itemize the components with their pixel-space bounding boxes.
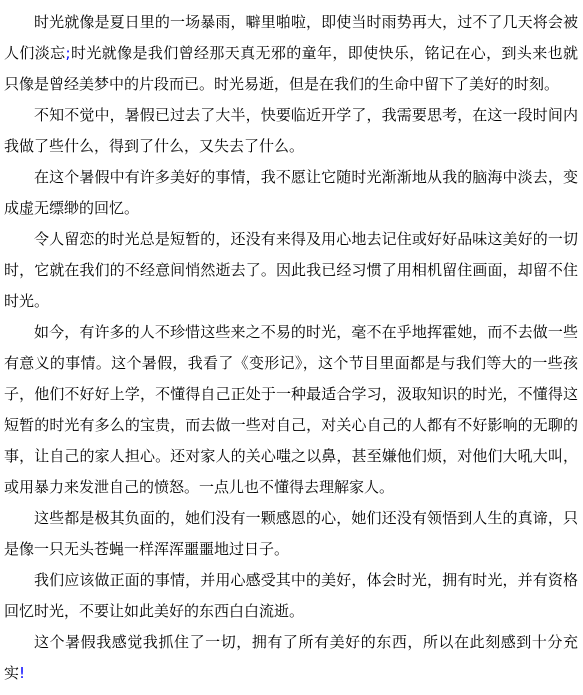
- text-run: 如今，有许多的人不珍惜这些来之不易的时光，毫不在乎地挥霍她，而不去做一些有意义的…: [4, 323, 578, 496]
- text-run: 在这个暑假中有许多美好的事情，我不愿让它随时光渐渐地从我的脑海中淡去，变成虚无缥…: [4, 168, 578, 217]
- paragraph: 如今，有许多的人不珍惜这些来之不易的时光，毫不在乎地挥霍她，而不去做一些有意义的…: [4, 317, 578, 503]
- paragraph: 不知不觉中，暑假已过去了大半，快要临近开学了，我需要思考，在这一段时间内我做了些…: [4, 100, 578, 162]
- text-run: 令人留恋的时光总是短暂的，还没有来得及用心地去记住或好好品味这美好的一切时，它就…: [4, 230, 578, 310]
- paragraph: 在这个暑假中有许多美好的事情，我不愿让它随时光渐渐地从我的脑海中淡去，变成虚无缥…: [4, 162, 578, 224]
- blue-punctuation: !: [19, 664, 25, 682]
- text-run: 这个暑假我感觉我抓住了一切，拥有了所有美好的东西，所以在此刻感到十分充实: [4, 633, 578, 682]
- text-run: 时光就像是我们曾经那天真无邪的童年，即使快乐，铭记在心，到头来也就只像是曾经美梦…: [4, 44, 578, 93]
- paragraph: 令人留恋的时光总是短暂的，还没有来得及用心地去记住或好好品味这美好的一切时，它就…: [4, 224, 578, 317]
- text-run: 我们应该做正面的事情，并用心感受其中的美好，体会时光，拥有时光，并有资格回忆时光…: [4, 571, 578, 620]
- paragraph: 时光就像是夏日里的一场暴雨，噼里啪啦，即使当时雨势再大，过不了几天将会被人们淡忘…: [4, 7, 578, 100]
- text-run: 这些都是极其负面的，她们没有一颗感恩的心，她们还没有领悟到人生的真谛，只是像一只…: [4, 509, 578, 558]
- paragraph: 这些都是极其负面的，她们没有一颗感恩的心，她们还没有领悟到人生的真谛，只是像一只…: [4, 503, 578, 565]
- paragraph: 这个暑假我感觉我抓住了一切，拥有了所有美好的东西，所以在此刻感到十分充实!: [4, 627, 578, 689]
- paragraph: 我们应该做正面的事情，并用心感受其中的美好，体会时光，拥有时光，并有资格回忆时光…: [4, 565, 578, 627]
- text-run: 不知不觉中，暑假已过去了大半，快要临近开学了，我需要思考，在这一段时间内我做了些…: [4, 106, 578, 155]
- document-page: 时光就像是夏日里的一场暴雨，噼里啪啦，即使当时雨势再大，过不了几天将会被人们淡忘…: [0, 0, 583, 695]
